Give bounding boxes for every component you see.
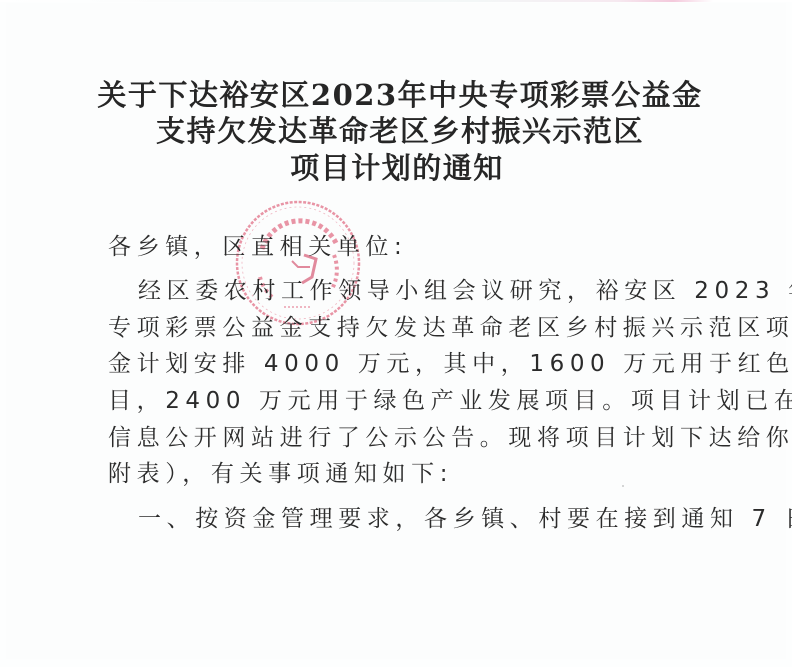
list-item-one: 一、按资金管理要求，各乡镇、村要在接到通知 7 日内，: [138, 505, 704, 533]
document-title-line-1: 关于下达裕安区2023年中央专项彩票公益金: [4, 73, 792, 114]
body-paragraph-line: 信息公开网站进行了公示公告。现将项目计划下达给你们（见: [108, 424, 674, 452]
document-title-line-3: 项目计划的通知: [1, 146, 792, 187]
document-title-line-2: 支持欠发达革命老区乡村振兴示范区: [4, 109, 792, 150]
body-paragraph-line: 专项彩票公益金支持欠发达革命老区乡村振兴示范区项目资: [108, 314, 674, 342]
body-paragraph-line: 金计划安排 4000 万元，其中，1600 万元用于红色文化传承项: [108, 350, 674, 378]
salutation: 各乡镇，区直相关单位:: [108, 233, 674, 261]
body-paragraph-line: 经区委农村工作领导小组会议研究，裕安区 2023 年中央: [138, 277, 704, 305]
body-paragraph-line: 附表），有关事项通知如下:: [108, 460, 674, 488]
body-paragraph-line: 目，2400 万元用于绿色产业发展项目。项目计划已在裕安区: [108, 387, 674, 415]
scan-top-edge: [0, 0, 792, 2]
scan-speck: [622, 485, 624, 487]
